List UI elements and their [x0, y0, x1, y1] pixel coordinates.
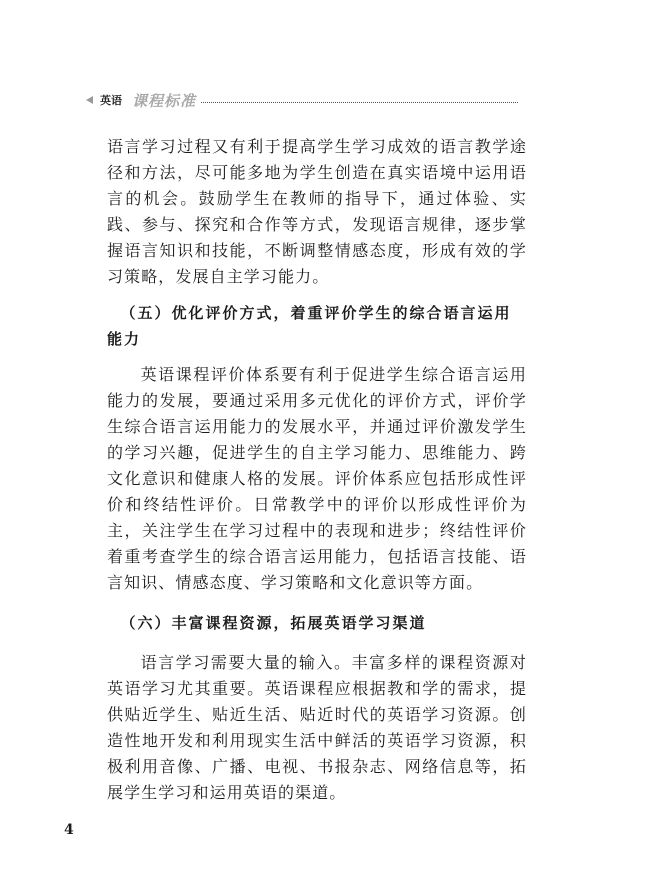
page-number: 4 — [64, 822, 74, 838]
header-dotted-rule — [201, 102, 518, 103]
page-body: 语言学习过程又有利于提高学生学习成效的语言教学途径和方法，尽可能多地为学生创造在… — [107, 134, 527, 806]
section-heading-6: （六）丰富课程资源，拓展英语学习渠道 — [107, 610, 527, 636]
header-subject: 英语 — [100, 92, 122, 108]
running-header: 英语 课程标准 — [86, 90, 518, 110]
paragraph-evaluation: 英语课程评价体系要有利于促进学生综合语言运用能力的发展，要通过采用多元优化的评价… — [107, 362, 527, 596]
paragraph-continuation: 语言学习过程又有利于提高学生学习成效的语言教学途径和方法，尽可能多地为学生创造在… — [107, 134, 527, 290]
paragraph-resources: 语言学习需要大量的输入。丰富多样的课程资源对英语学习尤其重要。英语课程应根据教和… — [107, 650, 527, 806]
section-heading-5: （五）优化评价方式，着重评价学生的综合语言运用能力 — [107, 300, 527, 352]
triangle-left-icon — [86, 96, 93, 104]
header-series-title: 课程标准 — [132, 90, 196, 111]
